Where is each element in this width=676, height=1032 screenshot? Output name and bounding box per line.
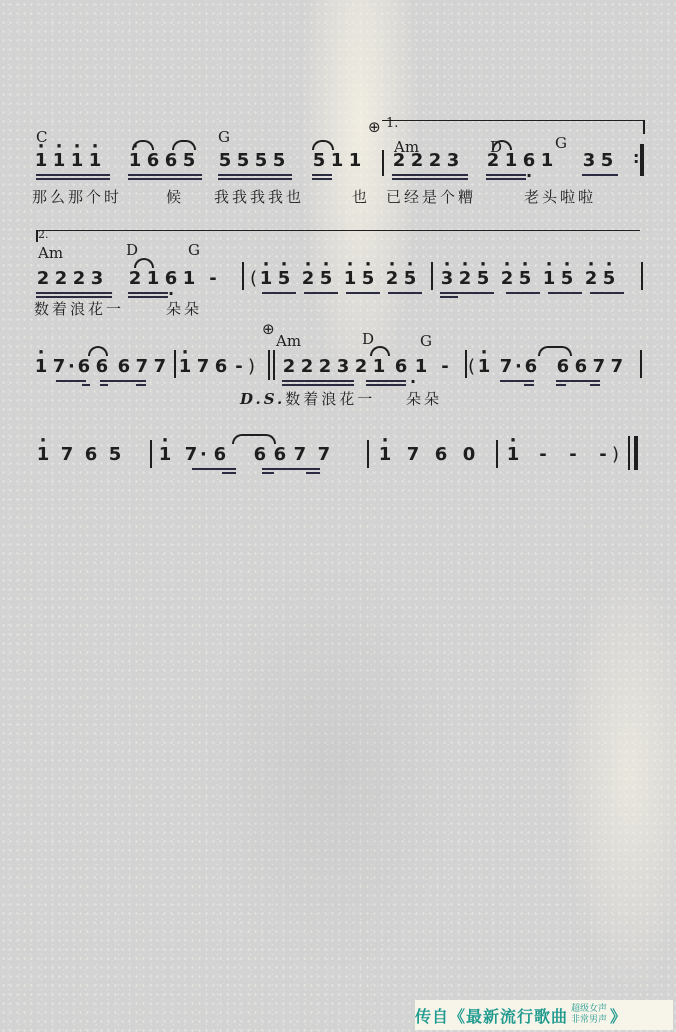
- notes-measure: 17·66677: [156, 444, 333, 465]
- beam: [524, 384, 534, 386]
- beam: [36, 174, 110, 176]
- chord: G: [188, 241, 200, 259]
- notes-measure: 1760: [376, 444, 478, 465]
- beam: [548, 292, 582, 294]
- beam: [304, 292, 338, 294]
- slur: [232, 434, 276, 444]
- chord: D: [362, 330, 374, 348]
- notes-measure: (17·66677: [468, 356, 626, 377]
- notes-measure: 1765: [34, 444, 124, 465]
- beam: [590, 292, 624, 294]
- chord: Am: [38, 244, 63, 262]
- beam: [486, 174, 526, 176]
- notes-measure: 1665: [126, 150, 198, 171]
- barline: [465, 350, 467, 378]
- bleed-through: [200, 560, 460, 980]
- final-barline: [634, 436, 638, 470]
- chord: G: [420, 332, 432, 350]
- barline: [641, 262, 643, 290]
- beam: [100, 384, 108, 386]
- beam: [136, 384, 146, 386]
- slur: [132, 140, 154, 150]
- double-barline: [268, 350, 270, 380]
- barline: [382, 150, 384, 176]
- chord: G: [218, 128, 230, 146]
- lyric: 数着浪花一: [285, 390, 375, 408]
- beam: [56, 380, 86, 382]
- paper-fade: [560, 560, 676, 990]
- lyric: 已经是个糟: [386, 186, 476, 207]
- beam: [582, 174, 618, 176]
- beam: [128, 296, 168, 298]
- beam: [82, 384, 90, 386]
- lyric: 也: [352, 186, 370, 207]
- source-subtitle-bottom: 非常男声: [571, 1015, 607, 1026]
- chord: G: [555, 134, 567, 152]
- slur: [134, 258, 154, 268]
- beam: [218, 174, 292, 176]
- beam: [36, 292, 112, 294]
- notes-measure: 2223216 1-: [280, 356, 454, 377]
- notes-measure: 2223: [34, 268, 106, 289]
- lyric: 数着浪花一: [34, 298, 124, 319]
- volta-bracket-end: [643, 120, 645, 134]
- slur: [492, 140, 512, 150]
- beam: [128, 178, 202, 180]
- notes-measure: 35: [580, 150, 616, 171]
- coda-icon: ⊕: [368, 118, 381, 136]
- volta-bracket: [36, 230, 640, 231]
- chord: D: [126, 241, 138, 259]
- beam: [218, 178, 292, 180]
- beam: [222, 472, 236, 474]
- repeat-barline: [640, 144, 644, 176]
- repeat-dots: :: [633, 148, 639, 167]
- beam: [440, 292, 494, 294]
- source-prefix: 传自《最新流行歌曲: [415, 1004, 568, 1027]
- lyric: 朵朵: [166, 298, 202, 319]
- final-barline: [628, 436, 630, 470]
- chord: Am: [276, 332, 301, 350]
- volta-label: 1.: [386, 116, 398, 131]
- beam: [506, 292, 540, 294]
- notes-measure: 2161: [484, 150, 556, 171]
- notes-measure: 325251525: [438, 268, 618, 289]
- notes-measure: 176-): [176, 356, 255, 377]
- beam: [262, 468, 320, 470]
- slur: [370, 346, 390, 356]
- beam: [192, 468, 236, 470]
- ds-lyric: D.S.数着浪花一: [240, 388, 375, 409]
- barline: [640, 350, 642, 378]
- barline: [242, 262, 244, 290]
- ds-label: D.S.: [240, 390, 285, 408]
- beam: [440, 296, 458, 298]
- beam: [36, 178, 110, 180]
- beam: [282, 384, 354, 386]
- slur: [538, 346, 572, 356]
- beam: [306, 472, 320, 474]
- beam: [556, 380, 600, 382]
- lyric: 那么那个时: [32, 186, 122, 207]
- barline: [367, 440, 369, 468]
- beam: [282, 380, 354, 382]
- beam: [312, 174, 332, 176]
- beam: [590, 384, 600, 386]
- notes-measure: 1---): [504, 444, 619, 465]
- coda-icon: ⊕: [262, 320, 275, 338]
- source-subtitle-top: 超级女声: [571, 1004, 607, 1015]
- lyric: 朵朵: [406, 388, 442, 409]
- beam: [128, 292, 168, 294]
- notes-measure: 2223: [390, 150, 462, 171]
- slur: [172, 140, 196, 150]
- beam: [346, 292, 380, 294]
- slur: [312, 140, 334, 150]
- beam: [312, 178, 332, 180]
- beam: [392, 174, 468, 176]
- notes-measure: 17·66677: [32, 356, 169, 377]
- lyric: 候: [166, 186, 184, 207]
- beam: [388, 292, 422, 294]
- double-barline: [273, 350, 275, 380]
- beam: [128, 174, 202, 176]
- beam: [500, 380, 534, 382]
- beam: [262, 292, 296, 294]
- lyric: 老头啦啦: [524, 186, 596, 207]
- barline: [150, 440, 152, 468]
- beam: [100, 380, 146, 382]
- source-suffix: 》: [610, 1004, 626, 1027]
- beam: [486, 178, 526, 180]
- source-subtitle: 超级女声 非常男声: [571, 1004, 607, 1026]
- notes-measure: 5555: [216, 150, 288, 171]
- barline: [496, 440, 498, 468]
- notes-measure: 1111: [32, 150, 104, 171]
- barline: [431, 262, 433, 290]
- notes-measure: (15251525: [250, 268, 419, 289]
- beam: [262, 472, 274, 474]
- notes-measure: 2161-: [126, 268, 222, 289]
- source-watermark: 传自《最新流行歌曲 超级女声 非常男声 》: [415, 1000, 673, 1030]
- notes-measure: 511: [310, 150, 364, 171]
- volta-label: 2.: [38, 228, 49, 241]
- beam: [556, 384, 566, 386]
- lyric: 我我我我也: [214, 186, 304, 207]
- slur: [88, 346, 108, 356]
- beam: [366, 384, 406, 386]
- beam: [366, 380, 406, 382]
- beam: [392, 178, 468, 180]
- volta-bracket: [382, 120, 644, 121]
